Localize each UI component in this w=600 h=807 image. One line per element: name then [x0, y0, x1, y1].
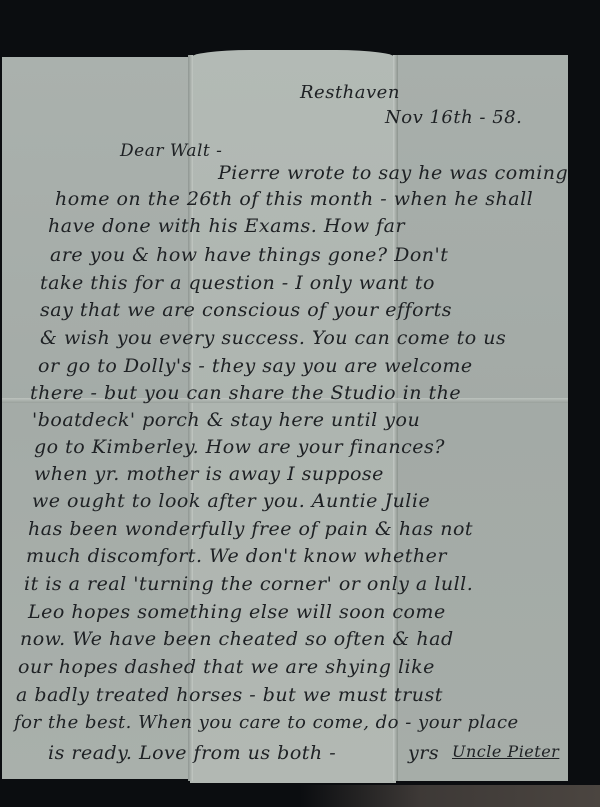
letter-line: Leo hopes something else will soon come	[28, 601, 446, 623]
letter-line: much discomfort. We don't know whether	[26, 545, 447, 567]
letter-line: 'boatdeck' porch & stay here until you	[32, 409, 420, 431]
letter-line: is ready. Love from us both -	[48, 742, 336, 764]
letter-line: take this for a question - I only want t…	[40, 272, 435, 294]
letter-line: say that we are conscious of your effort…	[40, 299, 452, 321]
letter-line: has been wonderfully free of pain & has …	[28, 518, 473, 540]
letter-paper: Resthaven Nov 16th - 58. Dear Walt - Pie…	[0, 0, 600, 807]
letter-line: now. We have been cheated so often & had	[20, 628, 454, 650]
letter-line: home on the 26th of this month - when he…	[55, 188, 533, 210]
letter-line: there - but you can share the Studio in …	[30, 382, 461, 404]
letter-date: Nov 16th - 58.	[385, 107, 522, 128]
letter-address: Resthaven	[300, 82, 400, 103]
letter-line: a badly treated horses - but we must tru…	[16, 684, 443, 706]
letter-line: go to Kimberley. How are your finances?	[34, 436, 445, 458]
letter-line: & wish you every success. You can come t…	[40, 327, 506, 349]
letter-signature: Uncle Pieter	[452, 742, 559, 761]
letter-line: it is a real 'turning the corner' or onl…	[24, 573, 473, 595]
letter-line: when yr. mother is away I suppose	[34, 463, 384, 485]
letter-line: are you & how have things gone? Don't	[50, 244, 448, 266]
letter-closing: yrs	[408, 742, 439, 764]
letter-line: Pierre wrote to say he was coming	[218, 162, 568, 184]
letter-line: for the best. When you care to come, do …	[14, 712, 519, 733]
letter-line: have done with his Exams. How far	[48, 215, 405, 237]
letter-salutation: Dear Walt -	[120, 141, 222, 161]
letter-line: we ought to look after you. Auntie Julie	[32, 490, 430, 512]
letter-line: or go to Dolly's - they say you are welc…	[38, 355, 473, 377]
letter-line: our hopes dashed that we are shying like	[18, 656, 435, 678]
